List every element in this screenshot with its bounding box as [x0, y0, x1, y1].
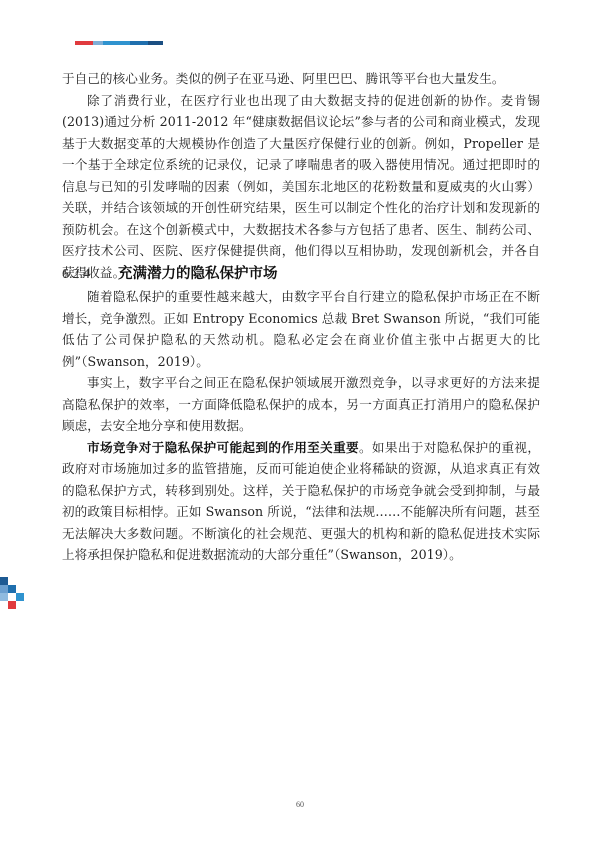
- header-color-bar: [75, 41, 163, 45]
- paragraph-market-competition: 市场竞争对于隐私保护可能起到的作用至关重要。如果出于对隐私保护的重视，政府对市场…: [62, 437, 540, 566]
- header-bar-segment-red: [75, 41, 93, 45]
- decoration-pixel: [16, 593, 24, 601]
- header-bar-segment-blue: [130, 41, 148, 45]
- paragraph-healthcare: 除了消费行业，在医疗行业也出现了由大数据支持的促进创新的协作。麦肯锡(2013)…: [62, 90, 540, 284]
- decoration-pixel: [0, 577, 8, 585]
- section-heading: 6.2.4 充满潜力的隐私保护市场: [62, 262, 278, 283]
- decoration-pixel: [0, 593, 8, 601]
- decoration-pixel: [8, 585, 16, 593]
- header-bar-segment-midblue: [103, 41, 130, 45]
- page-number: 60: [0, 800, 600, 809]
- header-bar-segment-lightblue: [93, 41, 103, 45]
- header-bar-segment-navy: [148, 41, 163, 45]
- paragraph-market-competition-rest: 。如果出于对隐私保护的重视，政府对市场施加过多的监管措施，反而可能迫使企业将稀缺…: [62, 440, 540, 563]
- body-text-section: 随着隐私保护的重要性越来越大，由数字平台自行建立的隐私保护市场正在不断增长，竞争…: [62, 286, 540, 566]
- decoration-pixel: [8, 601, 16, 609]
- decoration-pixel: [0, 585, 8, 593]
- paragraph-continuation: 于自己的核心业务。类似的例子在亚马逊、阿里巴巴、腾讯等平台也大量发生。: [62, 68, 540, 90]
- section-title: 充满潜力的隐私保护市场: [118, 262, 278, 283]
- body-text-top: 于自己的核心业务。类似的例子在亚马逊、阿里巴巴、腾讯等平台也大量发生。 除了消费…: [62, 68, 540, 283]
- paragraph-platform-competition: 事实上，数字平台之间正在隐私保护领域展开激烈竞争，以寻求更好的方法来提高隐私保护…: [62, 372, 540, 437]
- section-number: 6.2.4: [62, 267, 118, 283]
- emphasis-text: 市场竞争对于隐私保护可能起到的作用至关重要: [87, 440, 359, 455]
- paragraph-privacy-market: 随着隐私保护的重要性越来越大，由数字平台自行建立的隐私保护市场正在不断增长，竞争…: [62, 286, 540, 372]
